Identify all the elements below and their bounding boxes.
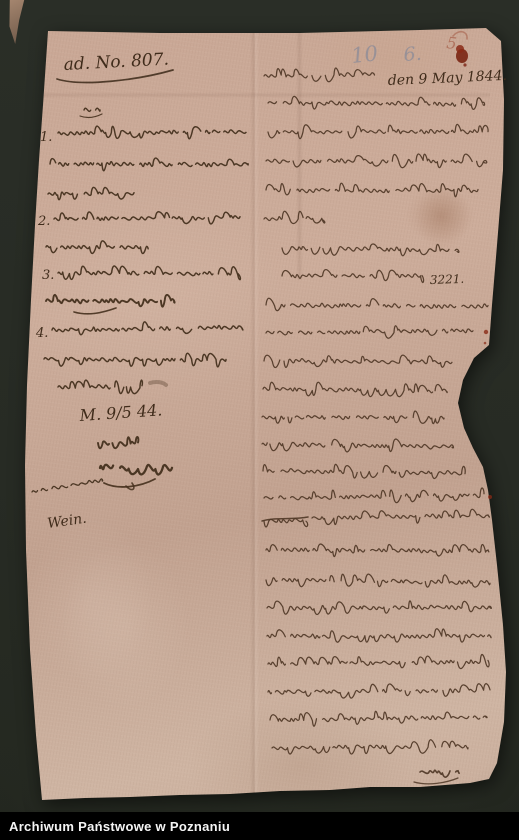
handwriting-line [263,382,447,396]
handwriting-line [312,509,489,524]
fol-d-underline [74,308,116,314]
handwriting-line [266,298,488,310]
handwriting-line [98,437,138,448]
handwriting-line [44,353,226,367]
handwriting-line [32,479,103,492]
scan-viewport: ad. No. 807. den 9 May 1844. 3221. 1. 2.… [0,0,519,840]
handwriting-line [270,711,487,726]
handwriting-line [84,108,100,111]
catchword-underline [414,778,458,784]
signature-flourish [104,479,155,487]
handwriting-line [268,684,490,698]
handwriting-line [58,380,142,394]
handwriting-line [264,355,452,367]
list-marker-1: 1. [40,130,52,145]
handwriting-line [268,654,489,668]
handwriting-line [50,158,248,171]
handwriting-line [420,770,459,777]
reference-number: 3221. [430,272,465,287]
handwriting-layer: ad. No. 807. den 9 May 1844. 3221. 1. 2.… [0,0,519,840]
handwriting-line [263,464,465,478]
list-marker-2: 2. [37,214,50,229]
handwriting-line [264,68,375,82]
handwriting-line [264,488,484,503]
date-line: den 9 May 1844. [387,68,507,89]
handwriting-line [266,154,487,168]
handwriting-line [272,740,468,754]
handwriting-line [266,544,489,557]
ink-smudge [150,382,166,385]
handwriting-line [267,601,491,615]
handwriting-line [264,211,325,223]
handwriting-line [266,574,490,587]
handwriting-line [48,187,134,199]
handwriting-line [266,326,480,338]
archive-footer-bar: Archiwum Państwowe w Poznaniu [0,812,519,840]
handwriting-line [266,183,478,197]
pencil-folio-number: 10 [350,41,379,68]
handwriting-line [46,295,175,307]
handwriting-line [282,270,424,283]
list-marker-3: 3. [42,268,54,283]
red-crayon-number: 5 [446,33,458,53]
archive-name: Archiwum Państwowe w Poznaniu [0,819,230,834]
docket-number: ad. No. 807. [63,50,169,75]
handwriting-line [54,212,240,224]
list-marker-4: 4. [35,326,48,341]
handwriting-line [268,96,485,109]
handwriting-line [267,629,491,642]
handwriting-line [58,126,250,139]
handwriting-line [262,411,444,424]
pencil-number: 6. [403,43,423,66]
b-underline [80,114,102,117]
handwriting-line [52,322,243,335]
wax-seal-remnant [456,45,468,67]
handwriting-line [100,465,172,475]
disposition-note: M. 9/5 44. [78,400,163,425]
handwriting-line [282,244,459,256]
handwriting-line [46,241,148,254]
red-wax-specks [484,330,492,499]
handwriting-line [268,124,488,138]
clerk-signature: Wein. [46,511,87,532]
handwriting-line [58,266,240,280]
handwriting-line [262,439,453,452]
